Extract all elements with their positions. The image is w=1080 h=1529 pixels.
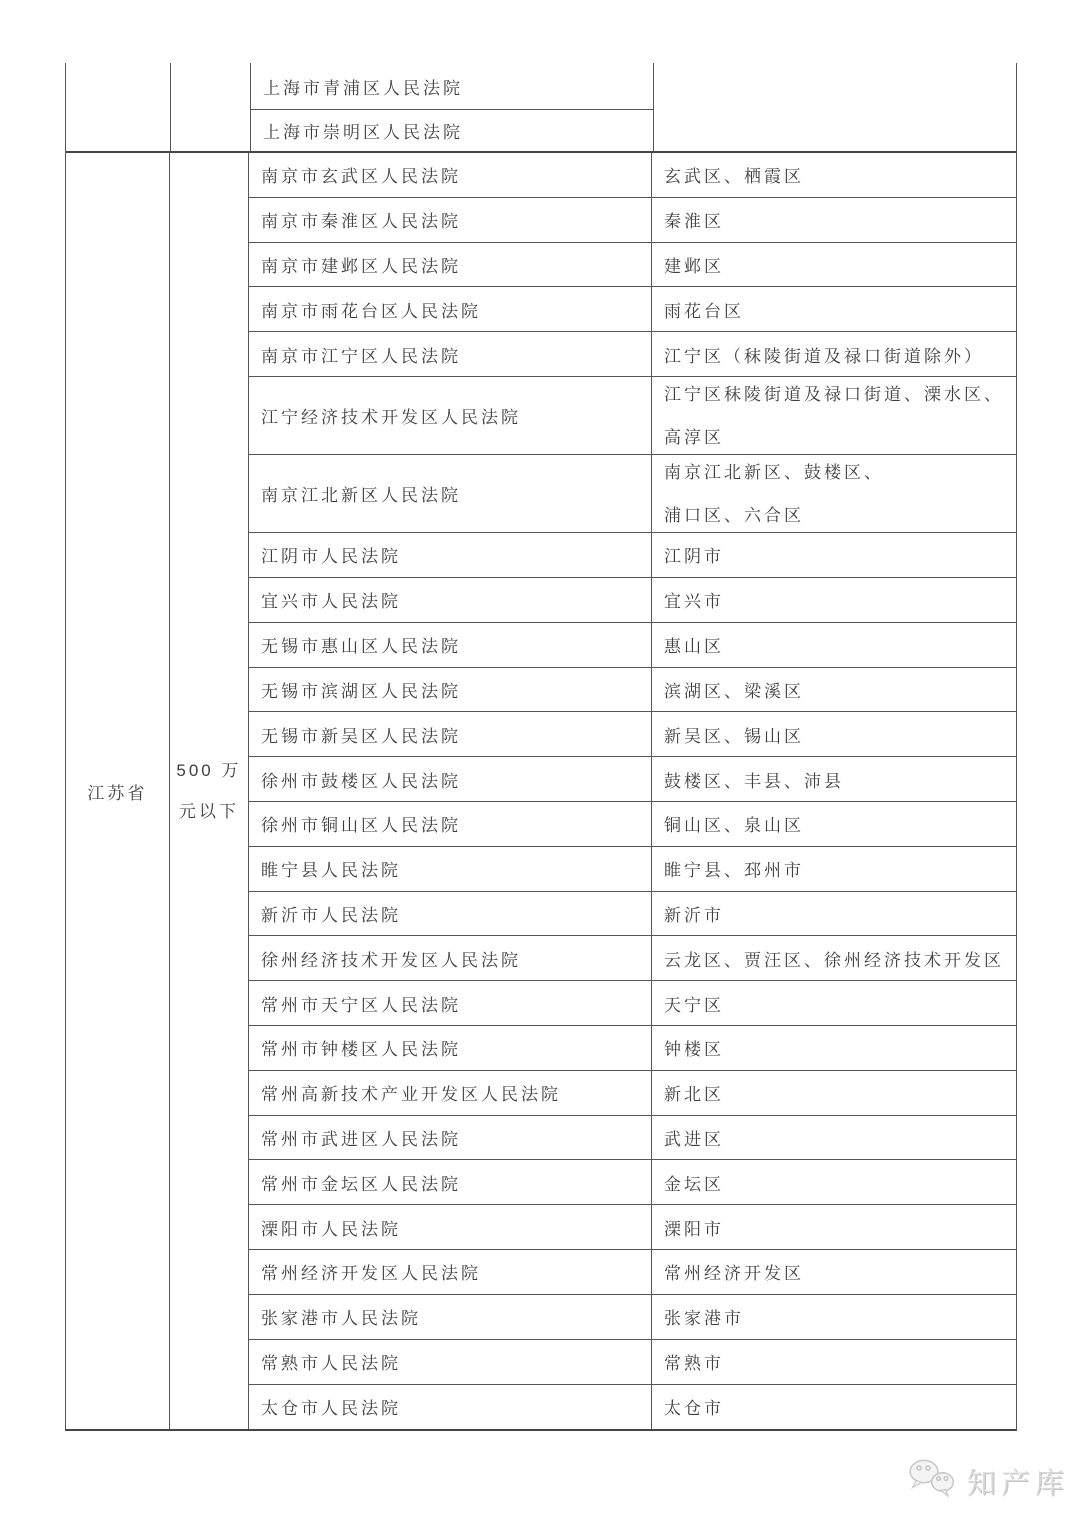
table-row: 上海市青浦区人民法院 — [251, 63, 653, 110]
court-cell: 宜兴市人民法院 — [249, 578, 652, 622]
table-row: 常州市武进区人民法院 武进区 — [249, 1116, 1016, 1161]
section-jiangsu: 江苏省 500 万 元以下 南京市玄武区人民法院 玄武区、栖霞区 南京市秦淮区人… — [66, 153, 1016, 1429]
table-row: 新沂市人民法院 新沂市 — [249, 892, 1016, 937]
court-cell: 徐州市铜山区人民法院 — [249, 802, 652, 846]
court-cell: 常熟市人民法院 — [249, 1340, 652, 1384]
table-row: 张家港市人民法院 张家港市 — [249, 1295, 1016, 1340]
court-cell: 新沂市人民法院 — [249, 892, 652, 936]
jurisdiction-cell: 天宁区 — [652, 981, 1016, 1025]
court-column: 上海市青浦区人民法院 上海市崇明区人民法院 — [251, 63, 654, 151]
jurisdiction-cell: 云龙区、贾汪区、徐州经济技术开发区 — [652, 936, 1016, 980]
jurisdiction-cell: 睢宁县、邳州市 — [652, 847, 1016, 891]
court-cell: 南京市江宁区人民法院 — [249, 332, 652, 376]
jurisdiction-line: 江宁区秣陵街道及禄口街道、溧水区、 — [664, 373, 1004, 416]
jurisdiction-cell: 南京江北新区、鼓楼区、 浦口区、六合区 — [652, 455, 1016, 532]
court-cell: 南京市建邺区人民法院 — [249, 243, 652, 287]
table-row: 无锡市惠山区人民法院 惠山区 — [249, 623, 1016, 668]
table-row: 江阴市人民法院 江阴市 — [249, 533, 1016, 578]
jurisdiction-cell: 江阴市 — [652, 533, 1016, 577]
court-cell: 南京市玄武区人民法院 — [249, 153, 652, 197]
court-cell: 溧阳市人民法院 — [249, 1205, 652, 1249]
jurisdiction-cell: 常熟市 — [652, 1340, 1016, 1384]
court-cell: 常州市天宁区人民法院 — [249, 981, 652, 1025]
court-cell: 徐州经济技术开发区人民法院 — [249, 936, 652, 980]
court-cell: 太仓市人民法院 — [249, 1385, 652, 1430]
table-row: 南京市秦淮区人民法院 秦淮区 — [249, 198, 1016, 243]
court-cell: 常州高新技术产业开发区人民法院 — [249, 1071, 652, 1115]
amount-cell: 500 万 元以下 — [170, 153, 249, 1429]
province-cell-empty — [66, 63, 171, 151]
table-row: 南京市雨花台区人民法院 雨花台区 — [249, 287, 1016, 332]
court-cell: 南京市雨花台区人民法院 — [249, 287, 652, 331]
table-row: 江宁经济技术开发区人民法院 江宁区秣陵街道及禄口街道、溧水区、 高淳区 — [249, 377, 1016, 455]
jurisdiction-cell: 江宁区秣陵街道及禄口街道、溧水区、 高淳区 — [652, 377, 1016, 454]
table-row: 无锡市滨湖区人民法院 滨湖区、梁溪区 — [249, 668, 1016, 713]
court-cell: 常州市武进区人民法院 — [249, 1116, 652, 1160]
table-row: 南京江北新区人民法院 南京江北新区、鼓楼区、 浦口区、六合区 — [249, 455, 1016, 533]
table-row: 常州经济开发区人民法院 常州经济开发区 — [249, 1250, 1016, 1295]
jurisdiction-cell: 秦淮区 — [652, 198, 1016, 242]
court-cell: 无锡市新吴区人民法院 — [249, 712, 652, 756]
jurisdiction-cell: 铜山区、泉山区 — [652, 802, 1016, 846]
table-row: 上海市崇明区人民法院 — [251, 110, 653, 151]
court-cell: 南京江北新区人民法院 — [249, 455, 652, 532]
watermark-label: 知产库 — [967, 1461, 1069, 1502]
court-cell: 上海市青浦区人民法院 — [263, 74, 463, 99]
jurisdiction-cell: 玄武区、栖霞区 — [652, 153, 1016, 197]
table-row: 无锡市新吴区人民法院 新吴区、锡山区 — [249, 712, 1016, 757]
jurisdiction-cell: 宜兴市 — [652, 578, 1016, 622]
jurisdiction-cell: 太仓市 — [652, 1385, 1016, 1430]
jurisdiction-cell: 惠山区 — [652, 623, 1016, 667]
jurisdiction-line: 南京江北新区、鼓楼区、 — [664, 451, 884, 494]
jurisdiction-cell: 雨花台区 — [652, 287, 1016, 331]
jurisdiction-cell: 鼓楼区、丰县、沛县 — [652, 757, 1016, 801]
court-cell: 徐州市鼓楼区人民法院 — [249, 757, 652, 801]
table-row: 常州市天宁区人民法院 天宁区 — [249, 981, 1016, 1026]
table-row: 徐州市铜山区人民法院 铜山区、泉山区 — [249, 802, 1016, 847]
table-row: 睢宁县人民法院 睢宁县、邳州市 — [249, 847, 1016, 892]
table-row: 太仓市人民法院 太仓市 — [249, 1385, 1016, 1430]
court-cell: 张家港市人民法院 — [249, 1295, 652, 1339]
jurisdiction-cell: 新吴区、锡山区 — [652, 712, 1016, 756]
jurisdiction-cell: 常州经济开发区 — [652, 1250, 1016, 1294]
table-row: 徐州市鼓楼区人民法院 鼓楼区、丰县、沛县 — [249, 757, 1016, 802]
jurisdiction-cell: 江宁区（秣陵街道及禄口街道除外） — [652, 332, 1016, 376]
jurisdiction-cell: 新北区 — [652, 1071, 1016, 1115]
table-row: 溧阳市人民法院 溧阳市 — [249, 1205, 1016, 1250]
table-row: 常州市钟楼区人民法院 钟楼区 — [249, 1026, 1016, 1071]
jurisdiction-table: 上海市青浦区人民法院 上海市崇明区人民法院 江苏省 500 万 元以下 南京市玄… — [65, 63, 1017, 1431]
court-cell: 常州市金坛区人民法院 — [249, 1160, 652, 1204]
jurisdiction-cell: 溧阳市 — [652, 1205, 1016, 1249]
jurisdiction-line: 浦口区、六合区 — [664, 494, 804, 537]
table-row: 南京市建邺区人民法院 建邺区 — [249, 243, 1016, 288]
jurisdiction-cell-empty — [654, 63, 1016, 151]
jurisdiction-cell: 金坛区 — [652, 1160, 1016, 1204]
table-row: 宜兴市人民法院 宜兴市 — [249, 578, 1016, 623]
court-cell: 上海市崇明区人民法院 — [263, 118, 463, 143]
jurisdiction-cell: 武进区 — [652, 1116, 1016, 1160]
court-cell: 常州市钟楼区人民法院 — [249, 1026, 652, 1070]
court-cell: 无锡市滨湖区人民法院 — [249, 668, 652, 712]
watermark: 知产库 — [908, 1458, 1069, 1505]
jurisdiction-cell: 滨湖区、梁溪区 — [652, 668, 1016, 712]
jurisdiction-cell: 建邺区 — [652, 243, 1016, 287]
court-cell: 无锡市惠山区人民法院 — [249, 623, 652, 667]
section-shanghai-continued: 上海市青浦区人民法院 上海市崇明区人民法院 — [66, 63, 1016, 153]
jurisdiction-cell: 新沂市 — [652, 892, 1016, 936]
court-cell: 江阴市人民法院 — [249, 533, 652, 577]
table-row: 徐州经济技术开发区人民法院 云龙区、贾汪区、徐州经济技术开发区 — [249, 936, 1016, 981]
amount-line: 500 万 — [176, 750, 241, 791]
document-page: 上海市青浦区人民法院 上海市崇明区人民法院 江苏省 500 万 元以下 南京市玄… — [0, 0, 1080, 1529]
table-row: 南京市江宁区人民法院 江宁区（秣陵街道及禄口街道除外） — [249, 332, 1016, 377]
amount-cell-empty — [171, 63, 251, 151]
province-label: 江苏省 — [87, 779, 147, 804]
wechat-icon — [908, 1458, 958, 1505]
table-row: 常州高新技术产业开发区人民法院 新北区 — [249, 1071, 1016, 1116]
court-cell: 江宁经济技术开发区人民法院 — [249, 377, 652, 454]
court-jurisdiction-rows: 南京市玄武区人民法院 玄武区、栖霞区 南京市秦淮区人民法院 秦淮区 南京市建邺区… — [249, 153, 1016, 1429]
table-row: 常州市金坛区人民法院 金坛区 — [249, 1160, 1016, 1205]
court-cell: 睢宁县人民法院 — [249, 847, 652, 891]
amount-line: 元以下 — [179, 791, 239, 832]
court-cell: 南京市秦淮区人民法院 — [249, 198, 652, 242]
court-cell: 常州经济开发区人民法院 — [249, 1250, 652, 1294]
province-cell: 江苏省 — [66, 153, 170, 1429]
table-row: 常熟市人民法院 常熟市 — [249, 1340, 1016, 1385]
table-row: 南京市玄武区人民法院 玄武区、栖霞区 — [249, 153, 1016, 198]
jurisdiction-cell: 钟楼区 — [652, 1026, 1016, 1070]
jurisdiction-cell: 张家港市 — [652, 1295, 1016, 1339]
